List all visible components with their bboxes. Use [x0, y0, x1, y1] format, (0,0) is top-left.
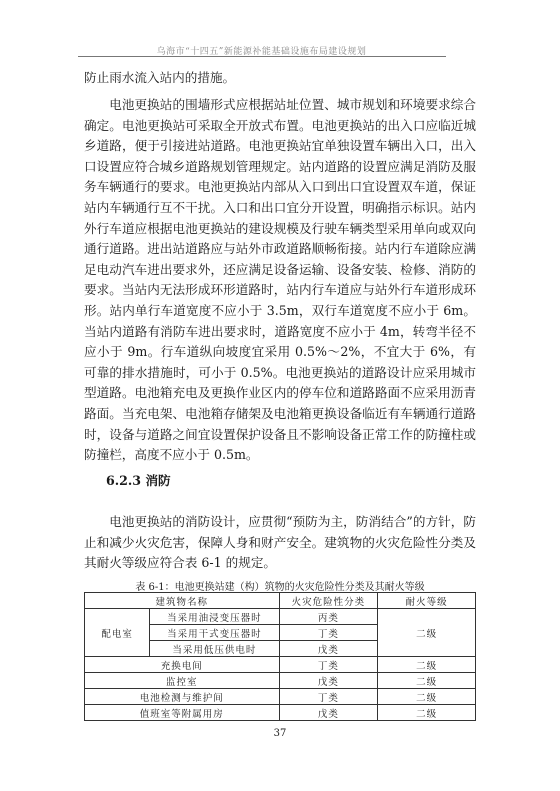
table-row: 配电室 当采用油浸变压器时 丙类 二级 — [85, 609, 476, 625]
class-cell: 丁类 — [279, 625, 378, 641]
class-cell: 戊类 — [279, 673, 378, 689]
name-cell: 充换电间 — [85, 657, 280, 673]
name-cell: 监控室 — [85, 673, 280, 689]
paragraph-2: 电池更换站的围墙形式应根据站址位置、城市规划和环境要求综合确定。电池更换站可采取… — [84, 95, 476, 466]
header-cell: 建筑物名称 — [85, 593, 280, 609]
sub-name-cell: 当采用油浸变压器时 — [150, 609, 279, 625]
grade-cell: 二级 — [378, 705, 476, 721]
class-cell: 丙类 — [279, 609, 378, 625]
class-cell: 丁类 — [279, 657, 378, 673]
grade-cell: 二级 — [378, 673, 476, 689]
fire-hazard-table: 建筑物名称 火灾危险性分类 耐火等级 配电室 当采用油浸变压器时 丙类 二级 当… — [84, 592, 476, 721]
paragraph-text: 电池更换站的围墙形式应根据站址位置、城市规划和环境要求综合确定。电池更换站可采取… — [84, 95, 476, 466]
table-header-row: 建筑物名称 火灾危险性分类 耐火等级 — [85, 593, 476, 609]
paragraph-text: 电池更换站的消防设计，应贯彻“预防为主，防消结合”的方针，防止和减少火灾危害，保… — [84, 512, 476, 574]
table-row: 电池检测与维护间 丁类 二级 — [85, 689, 476, 705]
grade-cell: 二级 — [378, 689, 476, 705]
paragraph-text: 防止雨水流入站内的措施。 — [84, 68, 476, 89]
class-cell: 戊类 — [279, 705, 378, 721]
paragraph-1: 防止雨水流入站内的措施。 — [84, 68, 476, 89]
grade-cell: 二级 — [378, 657, 476, 673]
header-divider — [78, 56, 446, 57]
class-cell: 丁类 — [279, 689, 378, 705]
class-cell: 戊类 — [279, 641, 378, 657]
table-row: 值班室等附属用房 戊类 二级 — [85, 705, 476, 721]
table-caption: 表 6-1：电池更换站建（构）筑物的火灾危险性分类及其耐火等级 — [84, 578, 476, 593]
sub-name-cell: 当采用干式变压器时 — [150, 625, 279, 641]
header-cell: 耐火等级 — [378, 593, 476, 609]
header-cell: 火灾危险性分类 — [279, 593, 378, 609]
grade-cell: 二级 — [378, 609, 476, 657]
sub-name-cell: 当采用低压供电时 — [150, 641, 279, 657]
section-heading: 6.2.3 消防 — [106, 470, 171, 489]
group-name-cell: 配电室 — [85, 609, 150, 657]
page-number: 37 — [0, 728, 560, 739]
table-row: 充换电间 丁类 二级 — [85, 657, 476, 673]
name-cell: 电池检测与维护间 — [85, 689, 280, 705]
paragraph-3: 电池更换站的消防设计，应贯彻“预防为主，防消结合”的方针，防止和减少火灾危害，保… — [84, 512, 476, 574]
table-row: 监控室 戊类 二级 — [85, 673, 476, 689]
name-cell: 值班室等附属用房 — [85, 705, 280, 721]
